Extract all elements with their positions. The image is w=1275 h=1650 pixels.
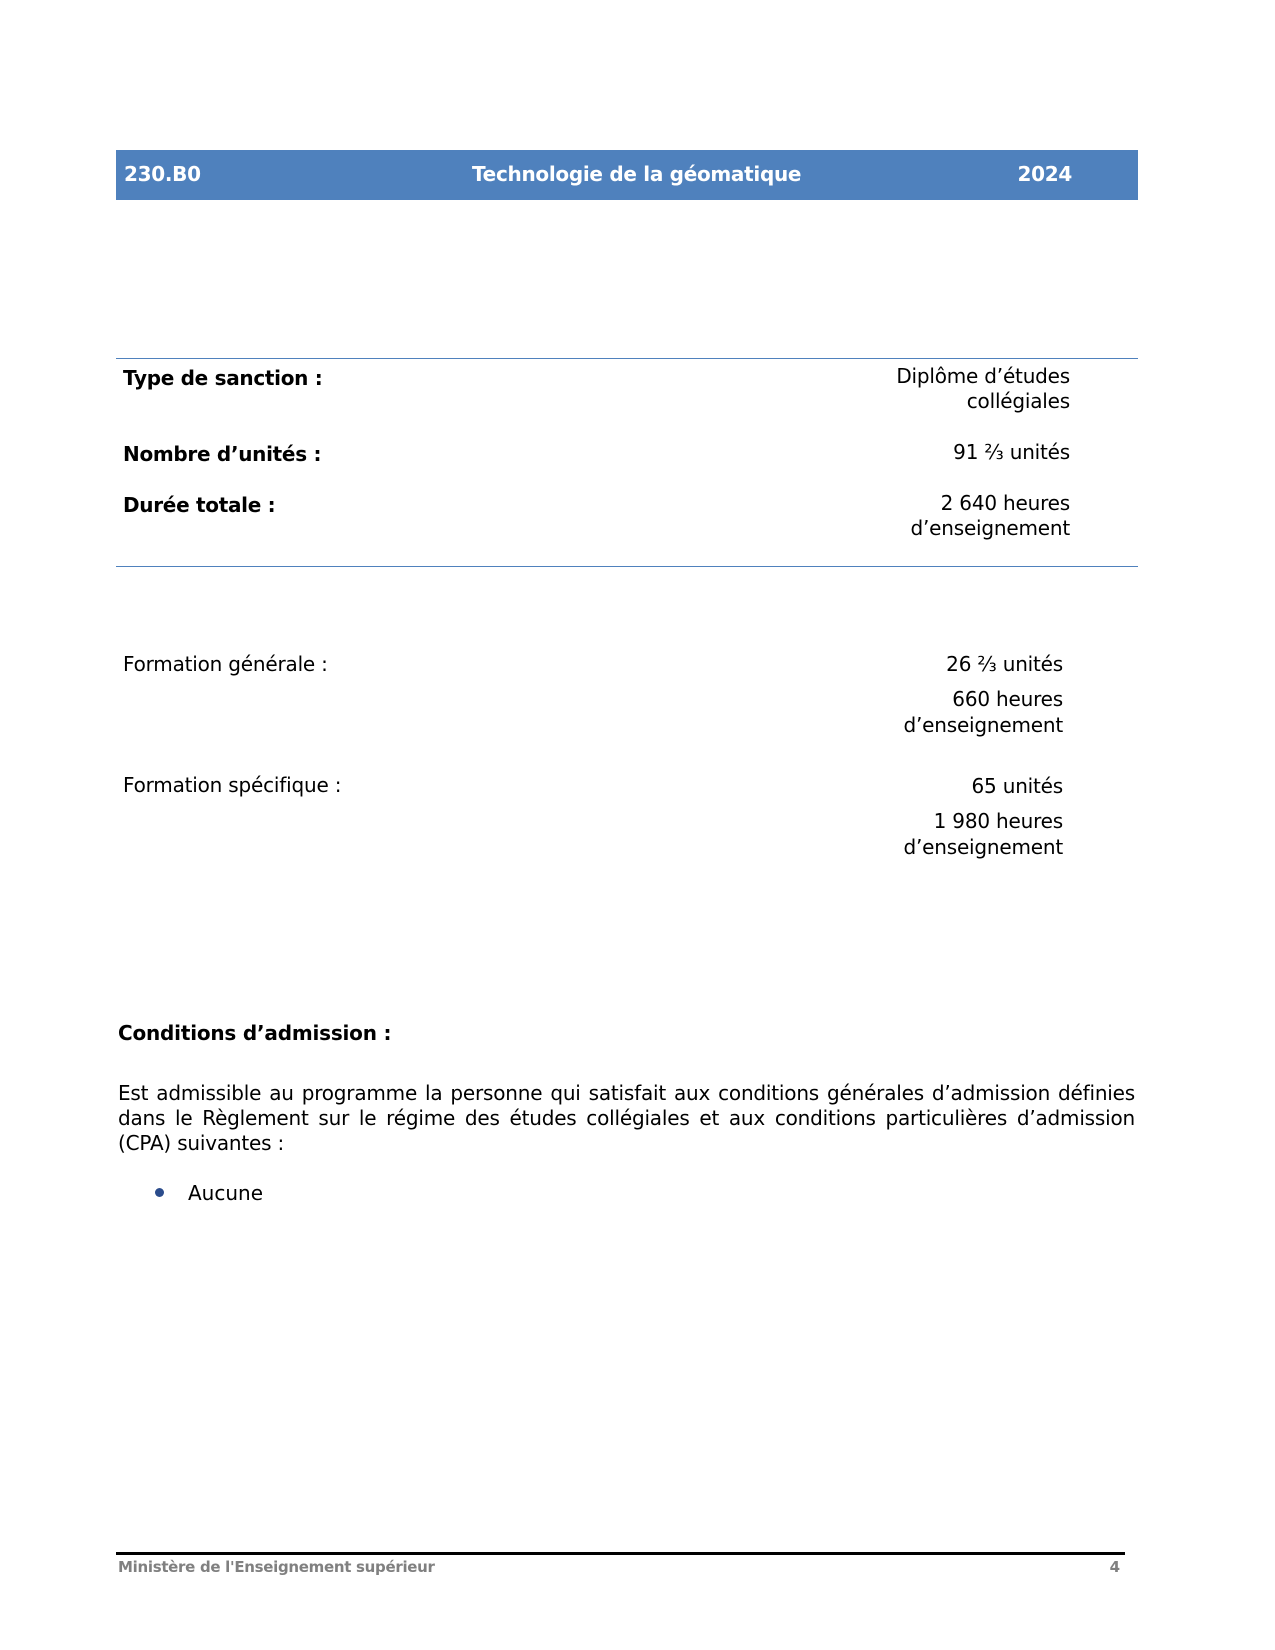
sanction-label: Type de sanction : [123,366,322,390]
admission-paragraph: Est admissible au programme la personne … [118,1081,1135,1156]
specific-hours-line2: d’enseignement [904,834,1064,860]
summary-bottom-rule [116,566,1138,567]
general-training-label: Formation générale : [123,652,328,676]
sanction-value-line1: Diplôme d’études [896,364,1070,389]
units-label: Nombre d’unités : [123,442,321,466]
bullet-icon [155,1188,164,1197]
duration-value-line2: d’enseignement [911,516,1071,541]
specific-training-label: Formation spécifique : [123,773,341,797]
sanction-value: Diplôme d’études collégiales [896,364,1070,414]
specific-hours-line1: 1 980 heures [904,808,1064,834]
admission-list-item: Aucune [155,1181,263,1205]
general-hours-line2: d’enseignement [904,712,1064,738]
program-year: 2024 [1018,162,1072,186]
specific-training-hours: 1 980 heures d’enseignement [904,808,1064,860]
footer-rule [116,1552,1125,1555]
general-training-units: 26 ⅔ unités [946,651,1063,677]
sanction-value-line2: collégiales [896,389,1070,414]
page-number: 4 [1110,1558,1120,1576]
footer-ministry: Ministère de l'Enseignement supérieur [118,1558,435,1576]
units-value: 91 ⅔ unités [953,440,1070,465]
duration-label: Durée totale : [123,493,275,517]
specific-training-units: 65 unités [972,773,1063,799]
general-hours-line1: 660 heures [904,686,1064,712]
summary-top-rule [116,358,1138,359]
program-header-band: 230.B0 Technologie de la géomatique 2024 [116,150,1138,200]
program-code: 230.B0 [124,162,201,186]
program-title: Technologie de la géomatique [472,162,801,186]
duration-value: 2 640 heures d’enseignement [911,491,1071,541]
general-training-hours: 660 heures d’enseignement [904,686,1064,738]
admission-heading: Conditions d’admission : [118,1021,391,1045]
duration-value-line1: 2 640 heures [911,491,1071,516]
admission-item-text: Aucune [188,1181,263,1205]
